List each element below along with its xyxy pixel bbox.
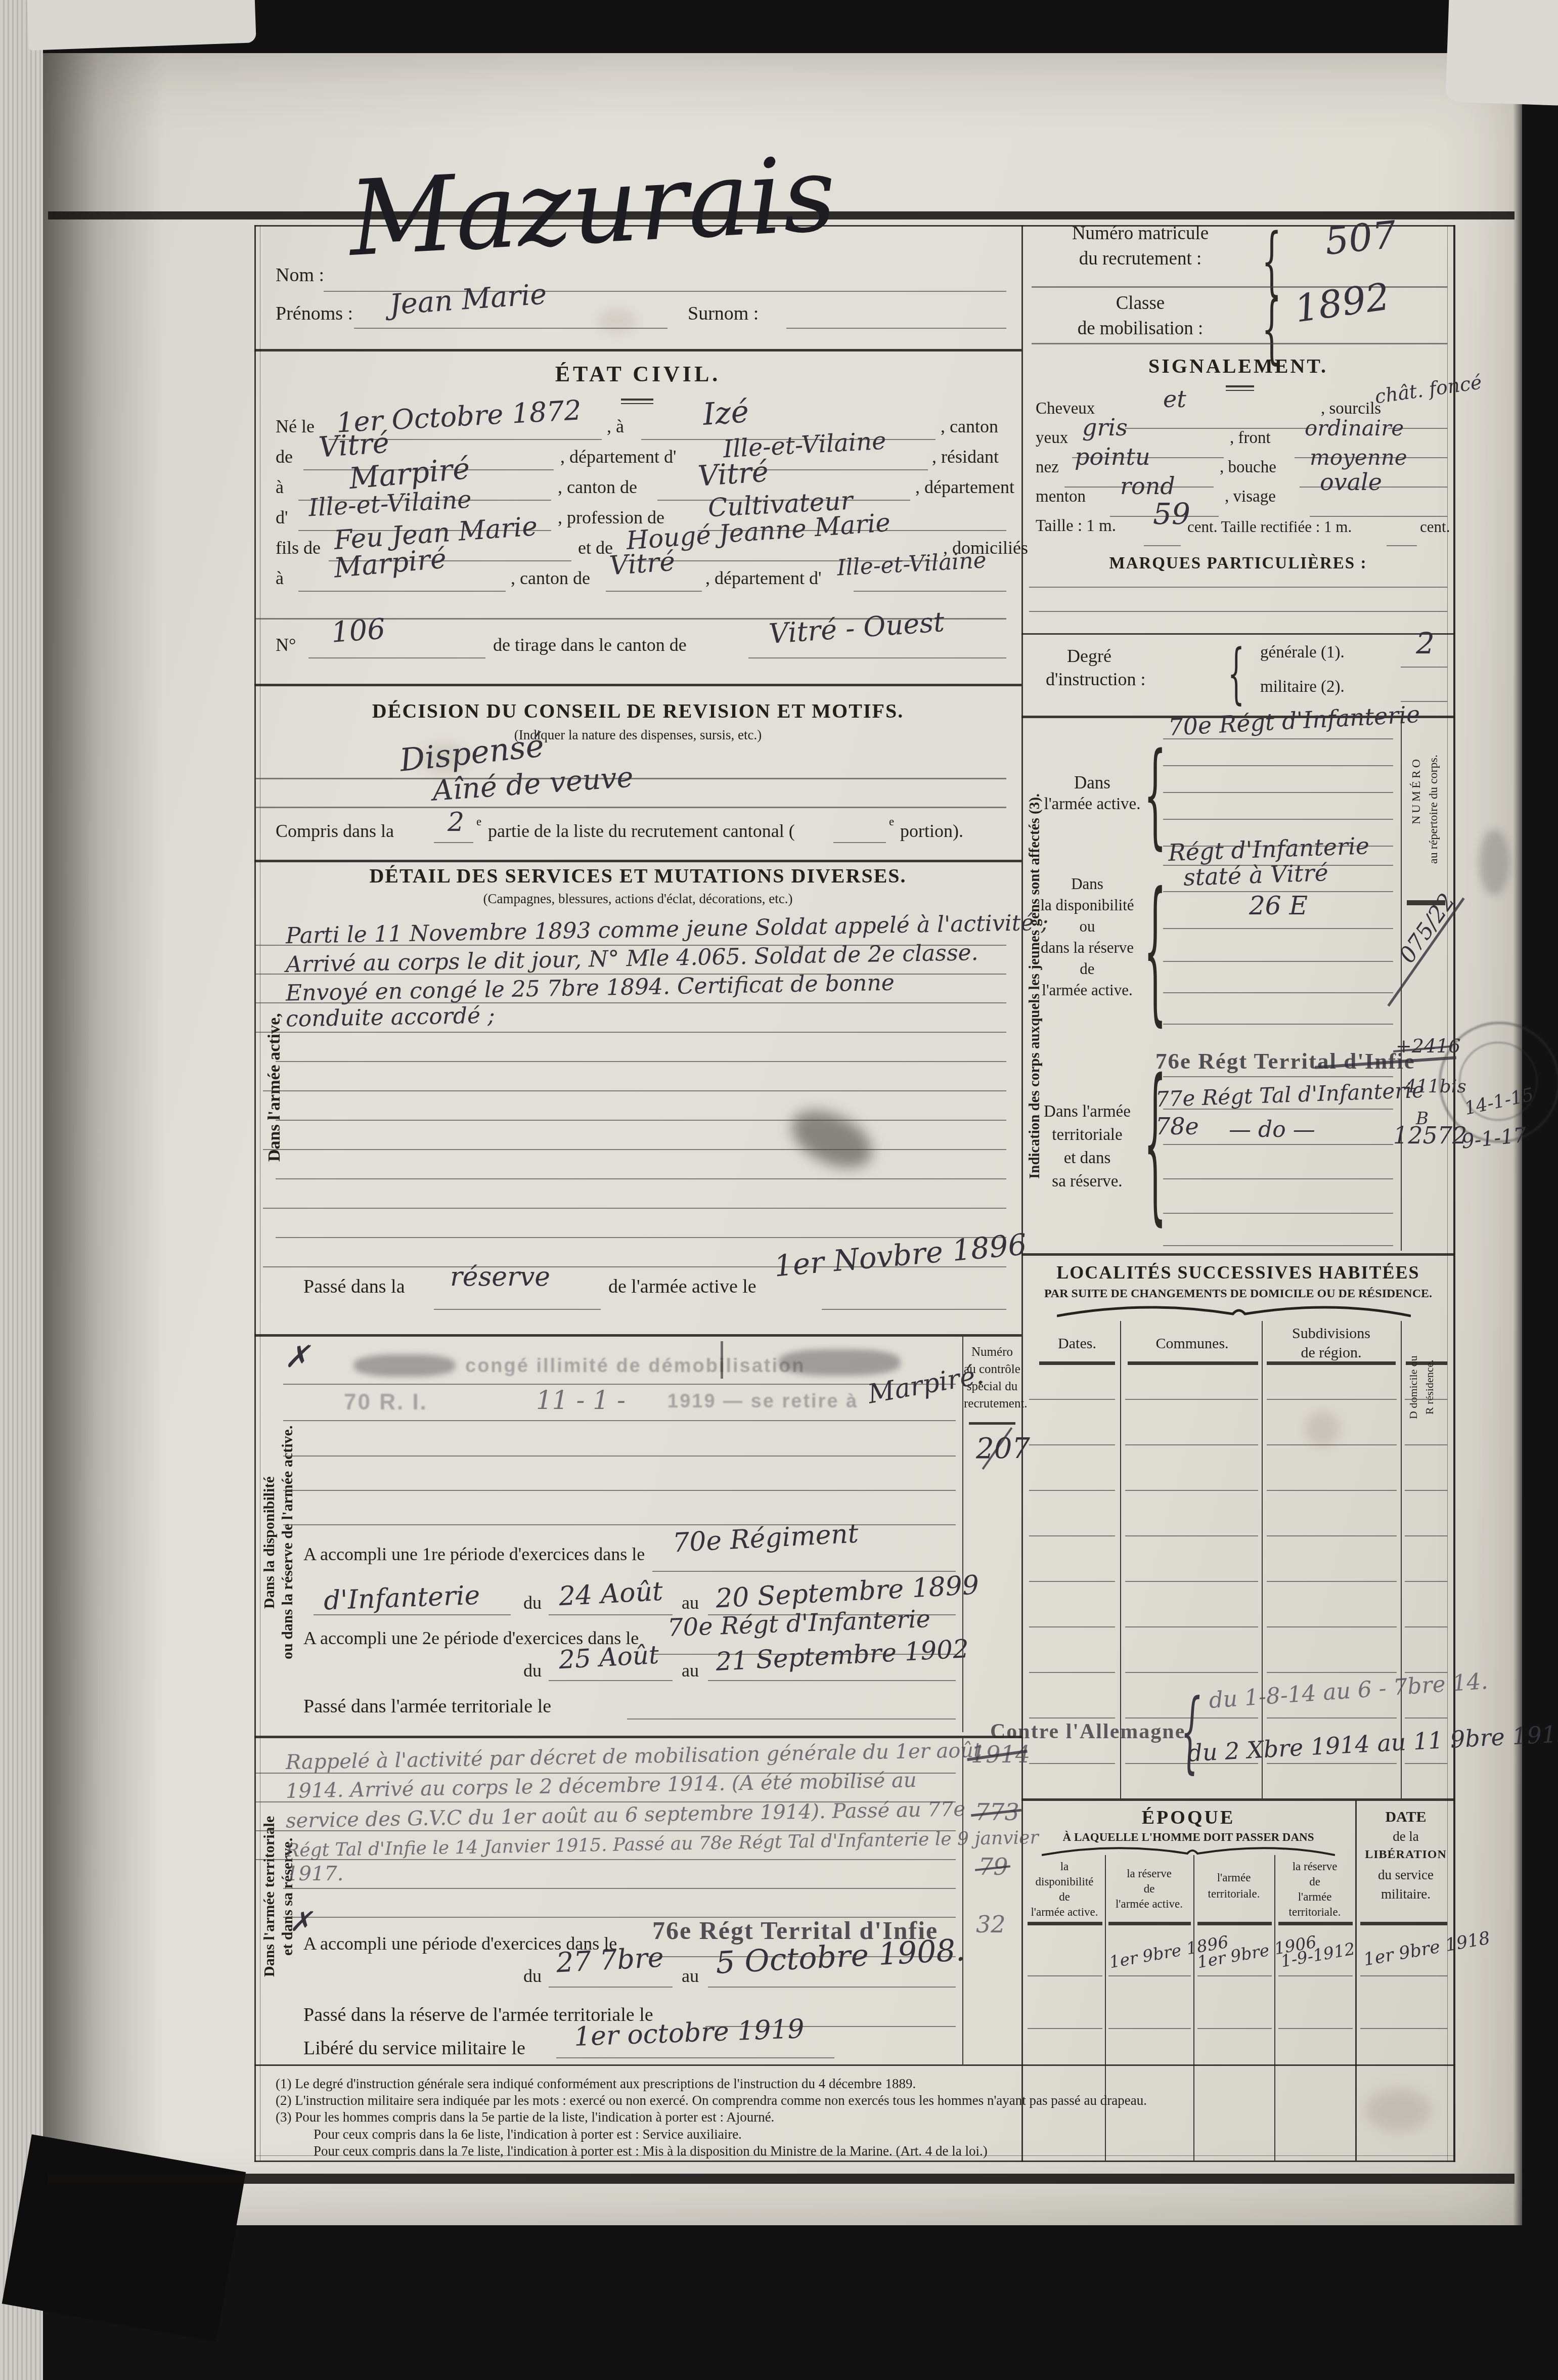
nez-value: pointu	[1075, 443, 1150, 470]
write-line	[1029, 1672, 1115, 1673]
write-line	[1267, 1581, 1397, 1582]
footnote-3: (3) Pour les hommes compris dans la 5e p…	[276, 2109, 774, 2125]
corps-terr-label-2: territoriale	[1037, 1126, 1138, 1144]
tirage-label: de tirage dans le canton de	[493, 634, 687, 655]
write-line	[1360, 2028, 1447, 2029]
header-divider	[254, 349, 1021, 351]
cent-label: cent.	[1420, 518, 1450, 536]
write-line	[1405, 1626, 1447, 1627]
demob-stamp-1: congé illimité de démobilisation	[465, 1355, 805, 1377]
classe-line	[1032, 343, 1447, 344]
write-line	[1163, 1178, 1393, 1179]
write-line	[1197, 2028, 1272, 2029]
periode2-from: 25 Août	[558, 1640, 660, 1674]
write-line	[314, 1614, 511, 1615]
write-line	[1405, 1399, 1447, 1400]
canton-label: , canton	[941, 416, 998, 437]
tirage-number: 106	[330, 612, 386, 649]
service-entry-4: conduite accordé ;	[286, 1002, 496, 1032]
epoque-col2-2: de	[1107, 1882, 1191, 1896]
canton-de-label: , canton de	[558, 476, 637, 498]
footnote-5: Pour ceux compris dans la 7e liste, l'in…	[314, 2143, 988, 2159]
write-line	[1405, 1490, 1447, 1491]
write-line	[1029, 1626, 1115, 1627]
a-label: , à	[607, 416, 624, 437]
passe-reserve-label-1: Passé dans la	[303, 1275, 405, 1298]
canton-value: Vitré	[608, 547, 676, 582]
numero-repertoire-label-2: au répertoire du corps.	[1427, 726, 1441, 893]
bouche-label: , bouche	[1220, 458, 1276, 477]
corps-terr-label-1: Dans l'armée	[1037, 1103, 1138, 1121]
section-rule	[254, 860, 1021, 862]
col-dates-header: Dates.	[1037, 1335, 1118, 1352]
write-line	[308, 657, 485, 658]
services-title: DÉTAIL DES SERVICES ET MUTATIONS DIVERSE…	[254, 864, 1021, 888]
corps-terr-label-4: sa réserve.	[1037, 1172, 1138, 1191]
write-line	[1278, 2028, 1353, 2029]
corps-terr-stamp: 76e Régt Territal d'Infie	[1155, 1048, 1415, 1074]
visage-label: , visage	[1225, 488, 1276, 506]
decorative-swash	[1057, 1304, 1411, 1318]
write-line	[1163, 1245, 1393, 1246]
corps-terr-value-2-do: — do —	[1229, 1117, 1315, 1142]
corps-dispo-value-3: 26 E	[1249, 891, 1308, 920]
canton-value: Vitré	[697, 455, 770, 493]
write-line	[1125, 1535, 1258, 1536]
du-label: du	[523, 1965, 542, 1987]
write-line	[283, 1384, 956, 1385]
passe-territoriale-label: Passé dans l'armée territoriale le	[303, 1695, 551, 1717]
header-underline	[1128, 1361, 1258, 1365]
epoque-col4-2: de	[1277, 1875, 1353, 1888]
col-subdivisions-header-2: de région.	[1264, 1344, 1398, 1361]
col-domicile-header-1: D domicile ou	[1407, 1324, 1420, 1450]
du-label: du	[523, 1592, 542, 1613]
frame-right	[1453, 225, 1455, 2162]
decision-subtitle: (Indiquer la nature des dispenses, sursi…	[254, 727, 1021, 743]
date-col-5: militaire.	[1360, 1886, 1451, 1902]
write-line	[1197, 1975, 1272, 1976]
epoque-col4-3: l'armée	[1277, 1890, 1353, 1904]
fils-de-label: fils de	[276, 537, 321, 558]
write-line	[1163, 1213, 1393, 1214]
write-line	[1267, 1399, 1397, 1400]
prenoms-write-line	[354, 328, 667, 329]
signalement-title: SIGNALEMENT.	[1021, 354, 1455, 378]
footnote-1: (1) Le degré d'instruction générale sera…	[276, 2076, 916, 2092]
write-line	[1029, 1717, 1115, 1718]
write-line	[1163, 992, 1393, 993]
write-line	[1163, 1076, 1393, 1077]
services-subtitle: (Campagnes, blessures, actions d'éclat, …	[254, 891, 1021, 907]
write-line	[1163, 738, 1393, 739]
margin-number-4: 32	[976, 1911, 1006, 1938]
write-line	[1278, 1975, 1353, 1976]
dispo-side-label-2: ou dans la réserve de l'armée active.	[279, 1355, 296, 1730]
au-label: au	[682, 1660, 699, 1681]
write-line	[1387, 545, 1417, 546]
section-rule	[1021, 1798, 1455, 1801]
section-rule	[1021, 1253, 1455, 1256]
write-line	[1267, 1490, 1397, 1491]
departement-label: , département d'	[705, 567, 821, 589]
armee-active-side-label: Dans l'armée active,	[265, 910, 284, 1264]
ornament-dash-2	[1226, 390, 1254, 391]
write-line	[1163, 765, 1393, 766]
compris-label-3: portion).	[900, 820, 963, 842]
passe-reserve-value: réserve	[450, 1262, 550, 1292]
write-line	[1267, 1672, 1397, 1673]
write-line	[556, 2057, 834, 2058]
margin-column-line	[962, 1738, 963, 2064]
write-line	[283, 1420, 956, 1421]
corner-page-under-top-right	[1445, 0, 1558, 106]
menton-label: menton	[1036, 488, 1086, 506]
book-page-stack-edge	[0, 0, 43, 2380]
table-vline	[1105, 1855, 1106, 2161]
epoque-col1-4: l'armée active.	[1027, 1906, 1102, 1919]
write-line	[1405, 1763, 1447, 1764]
epoque-col3-1: l'armée	[1196, 1871, 1272, 1884]
ornament-dash-2	[621, 403, 653, 404]
write-line	[1125, 1490, 1258, 1491]
nom-label: Nom :	[276, 264, 324, 286]
epoque-subtitle: À LAQUELLE L'HOMME DOIT PASSER DANS	[1021, 1831, 1355, 1844]
write-line	[1029, 611, 1447, 612]
compris-value: 2	[448, 807, 464, 838]
divider	[1021, 633, 1455, 635]
stain	[1305, 1411, 1340, 1446]
d-label: d'	[276, 507, 288, 528]
numero-repertoire-label-1: NUMÉRO	[1410, 727, 1423, 854]
header-underline	[1028, 1922, 1102, 1925]
front-value: ordinaire	[1305, 416, 1404, 440]
write-line	[1360, 1975, 1447, 1976]
date-col-2: de la	[1360, 1829, 1451, 1844]
frame-left-inner	[260, 225, 260, 2162]
table-vline	[1401, 1321, 1402, 1798]
frame-left	[254, 225, 256, 2162]
write-line	[1144, 545, 1181, 546]
taille-label: Taille : 1 m.	[1036, 517, 1116, 536]
generale-label: générale (1).	[1260, 643, 1345, 662]
periode1-from: 24 Août	[558, 1576, 664, 1612]
table-vline	[1355, 1800, 1357, 2161]
epoque-col4-1: la réserve	[1277, 1860, 1353, 1873]
ornament-dash	[1226, 385, 1254, 387]
decision-title: DÉCISION DU CONSEIL DE REVISION ET MOTIF…	[254, 699, 1021, 723]
header-underline	[1108, 1922, 1191, 1925]
write-line	[1125, 1444, 1258, 1445]
de-label: de	[276, 446, 293, 467]
corps-terr-value-2-numero: 12572	[1393, 1122, 1467, 1149]
prenoms-label: Prénoms :	[276, 302, 353, 325]
write-line	[549, 1987, 673, 1988]
ink-blot	[354, 1354, 455, 1377]
matricule-label: Numéro matricule	[1032, 223, 1249, 244]
footnote-divider	[254, 2064, 1455, 2066]
header-underline	[1197, 1922, 1272, 1925]
table-vline	[1193, 1855, 1194, 2161]
date-col-1: DATE	[1360, 1809, 1451, 1826]
au-label: au	[682, 1592, 699, 1613]
territoriale-entry-5: 1917.	[286, 1862, 344, 1885]
controle-header-rule	[969, 1422, 1015, 1425]
col-subdivisions-header-1: Subdivisions	[1264, 1325, 1398, 1342]
corner-page-under-top-left	[27, 0, 256, 51]
edge-smudge	[1479, 829, 1509, 895]
write-line	[263, 1090, 1006, 1091]
write-line	[606, 591, 702, 592]
corps-dispo-label-5: de	[1037, 960, 1138, 978]
epoque-col1-2: disponibilité	[1027, 1875, 1102, 1888]
epoque-title: ÉPOQUE	[1021, 1806, 1355, 1829]
epoque-col3-2: territoriale.	[1196, 1887, 1272, 1901]
write-line	[1163, 1109, 1393, 1110]
pen-check: ✗	[284, 1339, 309, 1375]
write-line	[263, 1208, 1006, 1209]
date-col-4: du service	[1360, 1867, 1451, 1883]
write-line	[1028, 2028, 1102, 2029]
write-line	[1163, 819, 1393, 820]
write-line	[822, 1309, 1006, 1310]
ink-blot	[779, 1349, 900, 1376]
write-line	[1310, 516, 1447, 517]
write-line	[1267, 1444, 1397, 1445]
write-line	[1125, 1399, 1258, 1400]
write-line	[255, 1859, 956, 1860]
write-line	[1029, 1763, 1115, 1764]
matricule-value: 507	[1323, 213, 1398, 263]
localites-subtitle: PAR SUITE DE CHANGEMENTS DE DOMICILE OU …	[1021, 1287, 1455, 1301]
birth-place-value: Izé	[702, 394, 750, 432]
write-line	[1125, 1626, 1258, 1627]
write-line	[1029, 587, 1447, 588]
taille-rectifiee-label: cent. Taille rectifiée : 1 m.	[1187, 518, 1352, 536]
write-line	[652, 1571, 956, 1572]
nez-label: nez	[1036, 458, 1059, 477]
write-line	[549, 1680, 673, 1681]
write-line	[1163, 961, 1393, 962]
corps-terr-label-3: et dans	[1037, 1149, 1138, 1168]
degre-brace: {	[1228, 636, 1244, 712]
write-line	[708, 1680, 956, 1681]
write-line	[255, 807, 1006, 808]
write-line	[1028, 1975, 1102, 1976]
compris-label-2: partie de la liste du recrutement canton…	[488, 820, 795, 842]
header-underline	[1406, 1361, 1447, 1365]
periode1-infanterie: d'Infanterie	[323, 1580, 480, 1616]
corps-active-brace: {	[1144, 728, 1167, 861]
compris-label-1: Compris dans la	[276, 820, 394, 842]
write-line	[1108, 2028, 1191, 2029]
write-line	[1029, 1490, 1115, 1491]
matricule-label-2: du recrutement :	[1032, 248, 1249, 270]
write-line	[1029, 1535, 1115, 1536]
write-line	[1163, 1144, 1393, 1145]
au-label: au	[682, 1965, 699, 1987]
menton-value: rond	[1120, 472, 1175, 500]
etat-civil-title: ÉTAT CIVIL.	[254, 361, 1021, 387]
demob-stamp-2: 70 R. I.	[344, 1390, 428, 1415]
write-line	[1029, 1581, 1115, 1582]
write-line	[1125, 1581, 1258, 1582]
section-rule	[254, 1736, 1021, 1738]
stain	[597, 308, 637, 334]
surnom-label: Surnom :	[688, 302, 759, 325]
demob-stamp-3: 1919 — se retire à	[667, 1391, 858, 1413]
write-line	[1405, 1717, 1447, 1718]
header-underline	[1267, 1361, 1396, 1365]
col-communes-header: Communes.	[1125, 1335, 1259, 1352]
write-line	[283, 1888, 956, 1889]
periode1-label: A accompli une 1re période d'exercices d…	[303, 1544, 645, 1565]
write-line	[1405, 1581, 1447, 1582]
epoque-col1-1: la	[1027, 1860, 1102, 1873]
write-line	[1163, 1024, 1393, 1025]
write-line	[276, 1178, 1006, 1179]
write-line	[298, 591, 506, 592]
marques-label: MARQUES PARTICULIÈRES :	[1021, 554, 1455, 573]
write-line	[1029, 1444, 1115, 1445]
controle-header-1: Numéro	[964, 1345, 1020, 1359]
write-line	[1401, 667, 1447, 668]
localites-title: LOCALITÉS SUCCESSIVES HABITÉES	[1021, 1262, 1455, 1283]
visage-value: ovale	[1320, 468, 1382, 496]
write-line	[276, 1120, 1006, 1121]
column-divider	[1021, 225, 1023, 2162]
write-line	[255, 1032, 1006, 1033]
surnom-write-line	[786, 328, 1006, 329]
col-domicile-header-2: R résidence.	[1423, 1324, 1436, 1450]
header-underline	[1039, 1361, 1115, 1365]
bottom-heavy-rule	[48, 2174, 1515, 2184]
footnote-4: Pour ceux compris dans la 6e liste, l'in…	[314, 2127, 742, 2142]
write-line	[833, 842, 886, 843]
header-underline	[1278, 1922, 1353, 1925]
write-line	[263, 1149, 1006, 1150]
classe-label-2: de mobilisation :	[1032, 318, 1249, 339]
controle-number: 207	[976, 1432, 1030, 1465]
corps-dispo-label-2: la disponibilité	[1037, 896, 1138, 914]
write-line	[434, 1309, 601, 1310]
write-line	[283, 1456, 956, 1457]
table-vline	[1262, 1321, 1263, 1798]
epoque-col2-3: l'armée active.	[1107, 1898, 1191, 1911]
section-rule	[254, 1334, 1021, 1337]
corps-active-label-1: Dans	[1049, 773, 1135, 793]
epoque-col1-3: de	[1027, 1890, 1102, 1904]
passe-reserve-label-2: de l'armée active le	[608, 1275, 756, 1298]
corps-dispo-label-6: l'armée active.	[1037, 981, 1138, 999]
corps-terr-value-2: 78e	[1155, 1113, 1199, 1140]
write-line	[1163, 928, 1393, 929]
date-col-3: LIBÉRATION	[1360, 1848, 1451, 1862]
generale-value: 2	[1416, 626, 1435, 660]
footnote-2: (2) L'instruction militaire sera indiqué…	[276, 2093, 1147, 2108]
write-line	[1405, 1535, 1447, 1536]
bouche-value: moyenne	[1310, 445, 1407, 470]
dispo-side-label-1: Dans la disponibilité	[261, 1355, 278, 1730]
write-line	[1108, 1975, 1191, 1976]
contre-allemagne-stamp: Contre l'Allemagne	[990, 1720, 1185, 1744]
write-line	[1267, 1535, 1397, 1536]
epoque-col2-1: la réserve	[1107, 1867, 1191, 1880]
tirage-no-label: N°	[276, 634, 296, 655]
periode3-from: 27 7bre	[555, 1941, 664, 1978]
write-line	[1405, 1444, 1447, 1445]
ornament-dash	[621, 399, 653, 401]
write-line	[1267, 1626, 1397, 1627]
yeux-label: yeux	[1036, 429, 1068, 448]
militaire-label: militaire (2).	[1260, 678, 1345, 696]
corps-active-label-2: l'armée active.	[1042, 795, 1143, 814]
departement-label: , département	[915, 476, 1014, 498]
write-line	[1267, 1763, 1397, 1764]
write-line	[1125, 428, 1315, 429]
corps-dispo-value-2: staté à Vitré	[1183, 859, 1328, 891]
degre-label-1: Degré	[1067, 645, 1111, 667]
epoque-col4-4: territoriale.	[1277, 1906, 1353, 1919]
sup-e: e	[889, 815, 894, 828]
frame-bottom	[254, 2161, 1455, 2162]
libere-label: Libéré du service militaire le	[303, 2037, 525, 2059]
write-line	[1163, 792, 1393, 793]
war-brace: {	[1181, 1680, 1200, 1783]
classe-label: Classe	[1032, 292, 1249, 314]
sup-e: e	[476, 815, 481, 828]
section-rule	[254, 684, 1021, 686]
write-line	[854, 591, 1006, 592]
corps-dispo-brace: {	[1144, 859, 1167, 1041]
du-label: du	[523, 1660, 542, 1681]
corps-dispo-label-1: Dans	[1037, 875, 1138, 893]
header-underline	[1360, 1922, 1447, 1925]
decorative-swash	[1042, 1845, 1335, 1857]
residant-label: , résidant	[932, 446, 999, 467]
a-label: à	[276, 476, 284, 498]
write-line	[627, 1718, 956, 1720]
et-de-label: et de	[578, 537, 613, 558]
write-line	[1125, 1672, 1258, 1673]
departement-label: , département d'	[560, 446, 676, 467]
ne-le-label: Né le	[276, 416, 315, 437]
table-vline	[1274, 1855, 1275, 2161]
degre-label-2: d'instruction :	[1046, 669, 1145, 690]
surname-signature: Mazurais	[346, 134, 838, 280]
write-line	[255, 1002, 1006, 1003]
write-line	[283, 1490, 956, 1491]
canton-de-label: , canton de	[511, 567, 590, 589]
binding-shadow	[43, 53, 164, 2225]
corps-dispo-label-3: ou	[1037, 917, 1138, 936]
write-line	[1267, 1717, 1397, 1718]
controle-column-line	[962, 1337, 963, 1732]
write-line	[276, 1061, 1006, 1062]
write-line	[434, 842, 473, 843]
scanned-military-register-page: Mazurais Nom : Prénoms : Jean Marie Surn…	[0, 0, 1558, 2380]
cheveux-value: et	[1163, 385, 1186, 413]
write-line	[549, 1614, 673, 1615]
write-line	[748, 657, 1006, 658]
demob-date: 11 - 1 -	[536, 1386, 626, 1415]
yeux-value: gris	[1082, 414, 1128, 441]
controle-header-4: recrutement.	[964, 1397, 1020, 1411]
front-label: , front	[1230, 429, 1271, 448]
pen-tick	[721, 1341, 723, 1379]
corps-dispo-label-4: dans la réserve	[1037, 939, 1138, 957]
taille-value: 59	[1153, 497, 1190, 531]
